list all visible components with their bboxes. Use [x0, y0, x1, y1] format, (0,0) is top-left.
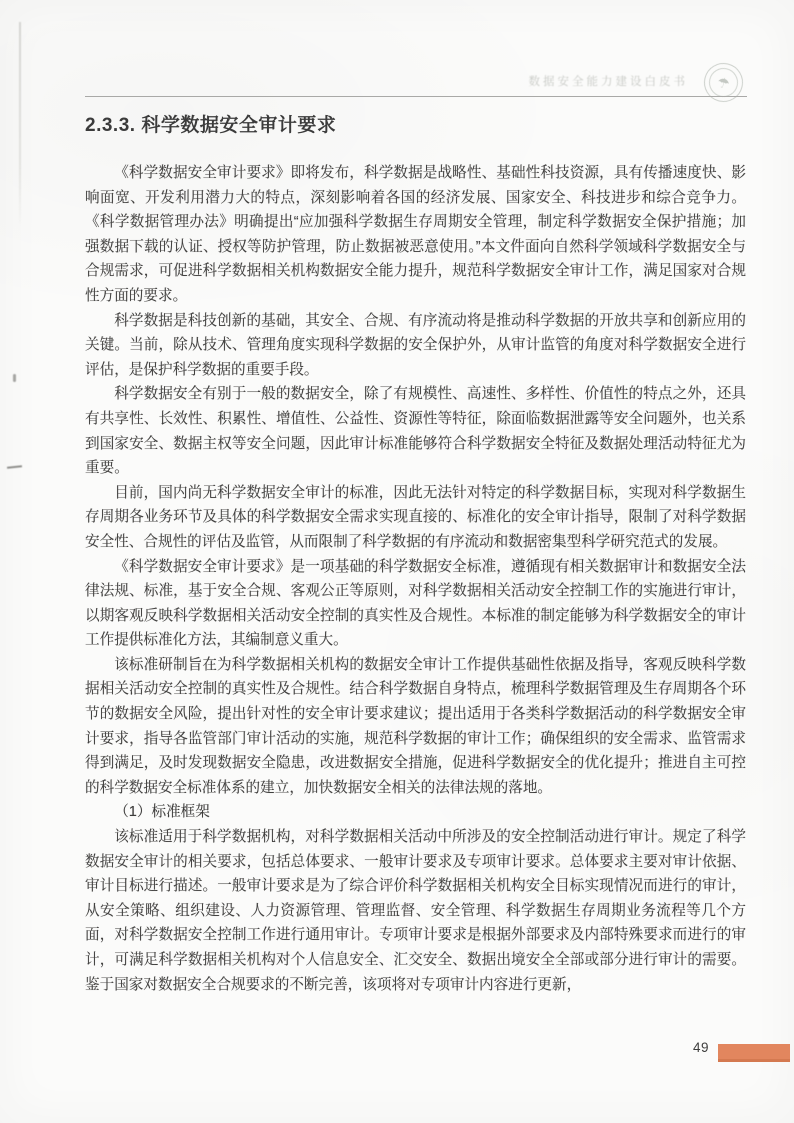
scan-artifact-dash [7, 465, 22, 469]
body-paragraph: 科学数据是科技创新的基础，其安全、合规、有序流动将是推动科学数据的开放共享和创新… [85, 309, 746, 383]
body-paragraph: 该标准研制旨在为科学数据相关机构的数据安全审计工作提供基础性依据及指导，客观反映… [85, 653, 746, 801]
section-heading: 2.3.3. 科学数据安全审计要求 [85, 110, 336, 137]
header-faint-title: 数据安全能力建设白皮书 [529, 73, 689, 89]
seal-inner-ring: ☂ [706, 65, 741, 100]
body-paragraph: 该标准适用于科学数据机构，对科学数据相关活动中所涉及的安全控制活动进行审计。规定… [85, 825, 746, 997]
footer-accent-bar [718, 1044, 790, 1062]
scan-artifact-vertical-line [19, 22, 21, 227]
umbrella-icon: ☂ [716, 74, 732, 91]
header-rule-line [85, 96, 747, 97]
body-text-block: 《科学数据安全审计要求》即将发布，科学数据是战略性、基础性科技资源，具有传播速度… [85, 161, 746, 997]
body-paragraph: 《科学数据安全审计要求》是一项基础的科学数据安全标准，遵循现有相关数据审计和数据… [85, 555, 746, 653]
body-paragraph: 目前，国内尚无科学数据安全审计的标准，因此无法针对特定的科学数据目标，实现对科学… [85, 481, 746, 555]
page-number: 49 [693, 1040, 709, 1055]
body-paragraph: 《科学数据安全审计要求》即将发布，科学数据是战略性、基础性科技资源，具有传播速度… [85, 161, 746, 309]
scan-artifact-tick [13, 374, 16, 382]
scanned-document-page: 数据安全能力建设白皮书 ☂ 2.3.3. 科学数据安全审计要求 《科学数据安全审… [0, 0, 794, 1123]
publisher-seal-logo: ☂ [700, 59, 747, 106]
subsection-heading: （1）标准框架 [85, 800, 746, 825]
body-paragraph: 科学数据安全有别于一般的数据安全，除了有规模性、高速性、多样性、价值性的特点之外… [85, 382, 746, 480]
